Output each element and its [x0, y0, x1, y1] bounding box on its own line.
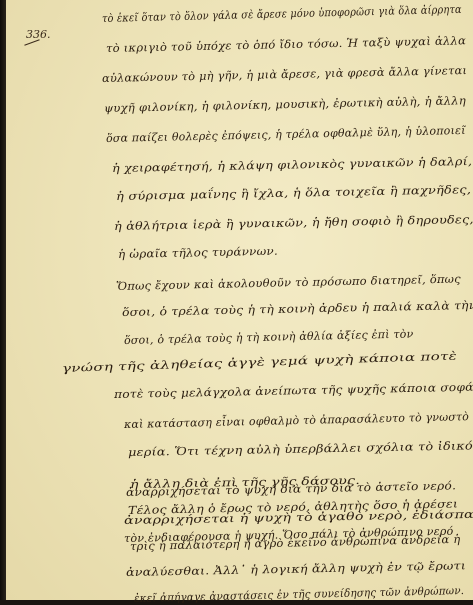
manuscript-page: 336. τὸ ἐκεῖ ὅταν τὸ ὅλον γάλα σὲ ἄρεσε … [6, 0, 473, 600]
manuscript-line: ὅσοι, ὁ τρέλα τοὺς ἡ τὴ κοινὴ ἀρδευ ἡ πα… [122, 299, 473, 319]
manuscript-line: καὶ κατάσταση εἶναι οφθαλμὸ τὸ ἀπαρασάλε… [124, 410, 469, 431]
manuscript-line: ἡ σύρισμα μαΐνης ἢ ἴχλα, ἡ ὅλα τοιχεῖα ἢ… [116, 183, 472, 203]
manuscript-line: ὅσα παίζει θολερὲς ἐπόψεις, ἡ τρέλα οφθα… [106, 124, 466, 145]
manuscript-line: μερία. Ὅτι τέχνη αὐλὴ ὑπερβάλλει σχόλια … [128, 439, 473, 459]
manuscript-line: ἀναλύεσθαι. Ἀλλ᾽ ἡ λογική ἄλλη ψυχὴ ἐν τ… [126, 559, 466, 579]
manuscript-line: αὐλακώνουν τὸ μὴ γῆν, ἡ μιὰ ἄρεσε, γιὰ φ… [102, 64, 467, 85]
manuscript-line: Ὅπως ἔχουν καὶ ἀκολουθοῦν τὸ πρόσωπο δια… [116, 272, 461, 293]
manuscript-line: ἡ χειραφέτησή, ἡ κλάψη φιλονικὸς γυναικῶ… [112, 155, 472, 175]
manuscript-line: τὸ ικριγιὸ τοῦ ὑπόχε τὸ ὁπό ἴδιο τόσω. Ἡ… [106, 34, 466, 55]
manuscript-line: γνώση τῆς ἀληθείας ἀγγὲ γεμά ψυχὴ κάποια… [62, 349, 458, 375]
manuscript-line: ὅσοι, ὁ τρέλα τοὺς ἡ τὴ κοινὴ ἀθλία ἀξίε… [124, 327, 414, 347]
manuscript-line: ψυχῆ φιλονίκη, ἡ φιλονίκη, μουσικὴ, ἐρωτ… [104, 94, 466, 115]
manuscript-line: τὸ ἐκεῖ ὅταν τὸ ὅλον γάλα σὲ ἄρεσε μόνο … [102, 3, 462, 25]
manuscript-line: ἡ ὡραῖα τῆλος τυράννων. [118, 245, 278, 261]
manuscript-line: ποτὲ τοὺς μελάγχολα ἀνείπωτα τῆς ψυχῆς κ… [114, 381, 473, 401]
manuscript-line: ἡ ἀθλήτρια ἱερὰ ἢ γυναικῶν, ἡ ἤθη σοφιὸ … [114, 213, 473, 233]
manuscript-line: ἐκεῖ ἀπήγαγε ἀναστάσεις ἐν τῆς συνείδηση… [134, 584, 464, 600]
